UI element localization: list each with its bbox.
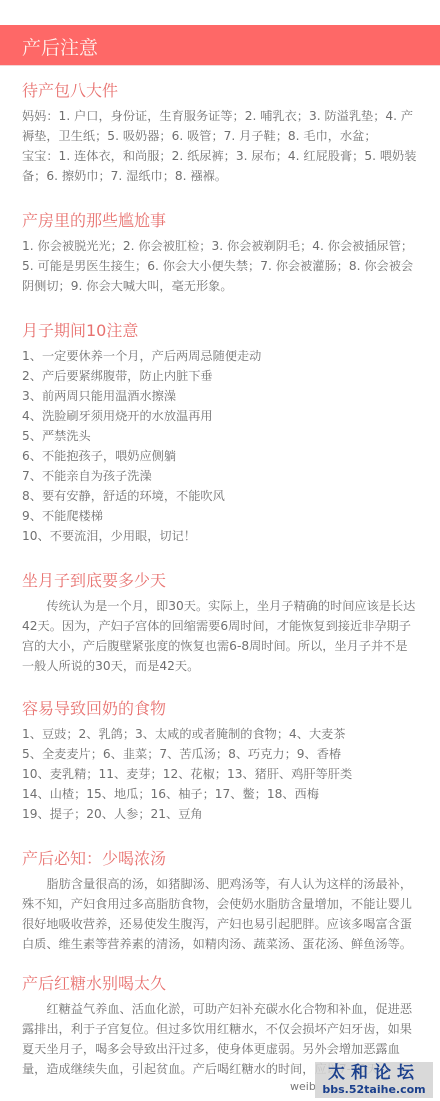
section-title: 容易导致回奶的食物 <box>22 696 352 722</box>
section-soup: 产后必知：少喝浓汤 脂肪含量很高的汤，如猪脚汤、肥鸡汤等，有人认为这样的汤最补，… <box>22 846 418 954</box>
list-item: 1、一定要休养一个月，产后两周忌随便走动 <box>22 346 261 366</box>
list-item: 6、不能抱孩子，喂奶应侧躺 <box>22 446 261 466</box>
section-title: 产后必知：少喝浓汤 <box>22 846 418 872</box>
list-item: 10、不要流泪，少用眼，切记！ <box>22 526 261 546</box>
section-title: 待产包八大件 <box>22 78 418 104</box>
list-item: 4、洗脸刷牙须用烧开的水放温再用 <box>22 406 261 426</box>
list-item: 10、麦乳精；11、麦芽；12、花椒；13、猪肝、鸡肝等肝类 <box>22 764 352 784</box>
paragraph-baby: 宝宝：1. 连体衣，和尚服；2. 纸尿裤；3. 尿布；4. 红屁股膏；5. 喂奶… <box>22 146 418 186</box>
section-title: 坐月子到底要多少天 <box>22 568 418 594</box>
list-item: 9、不能爬楼梯 <box>22 506 261 526</box>
paragraph-mom: 妈妈：1. 户口，身份证，生育服务证等；2. 哺乳衣；3. 防溢乳垫；4. 产褥… <box>22 106 418 146</box>
list-item: 7、不能亲自为孩子洗澡 <box>22 466 261 486</box>
paragraph: 1. 你会被脱光光；2. 你会被肛检；3. 你会被剃阴毛；4. 你会被插尿管；5… <box>22 236 418 296</box>
section-lactation-foods: 容易导致回奶的食物 1、豆豉；2、乳鸽；3、太咸的或者腌制的食物；4、大麦茶 5… <box>22 696 352 824</box>
section-title: 产后红糖水别喝太久 <box>22 971 418 997</box>
watermark-url: bbs.52taihe.com <box>315 1083 433 1096</box>
paragraph: 传统认为是一个月，即30天。实际上，坐月子精确的时间应该是长达42天。因为，产妇… <box>22 596 418 676</box>
list-item: 2、产后要紧绑腹带，防止内脏下垂 <box>22 366 261 386</box>
list-item: 3、前两周只能用温酒水擦澡 <box>22 386 261 406</box>
paragraph: 脂肪含量很高的汤，如猪脚汤、肥鸡汤等，有人认为这样的汤最补，殊不知，产妇食用过多… <box>22 874 418 954</box>
watermark-name: 太和论坛 <box>315 1062 433 1083</box>
list-item: 19、提子；20、人参；21、豆角 <box>22 804 352 824</box>
list-item: 8、要有安静，舒适的环境，不能吹风 <box>22 486 261 506</box>
page-title: 产后注意 <box>22 33 98 60</box>
weibo-watermark-fragment: weib <box>290 1080 316 1093</box>
section-delivery-room: 产房里的那些尴尬事 1. 你会被脱光光；2. 你会被肛检；3. 你会被剃阴毛；4… <box>22 208 418 296</box>
list-item: 14、山楂；15、地瓜；16、柚子；17、鳖；18、西梅 <box>22 784 352 804</box>
list-item: 1、豆豉；2、乳鸽；3、太咸的或者腌制的食物；4、大麦茶 <box>22 724 352 744</box>
section-how-many-days: 坐月子到底要多少天 传统认为是一个月，即30天。实际上，坐月子精确的时间应该是长… <box>22 568 418 676</box>
section-title: 产房里的那些尴尬事 <box>22 208 418 234</box>
section-title: 月子期间10注意 <box>22 318 261 344</box>
section-delivery-bag: 待产包八大件 妈妈：1. 户口，身份证，生育服务证等；2. 哺乳衣；3. 防溢乳… <box>22 78 418 186</box>
page-header: 产后注意 <box>0 25 440 65</box>
list-item: 5、全麦麦片；6、韭菜；7、苦瓜汤；8、巧克力；9、香椿 <box>22 744 352 764</box>
list-item: 5、严禁洗头 <box>22 426 261 446</box>
section-confinement-tips: 月子期间10注意 1、一定要休养一个月，产后两周忌随便走动 2、产后要紧绑腹带，… <box>22 318 261 546</box>
forum-watermark: 太和论坛 bbs.52taihe.com <box>315 1062 433 1098</box>
